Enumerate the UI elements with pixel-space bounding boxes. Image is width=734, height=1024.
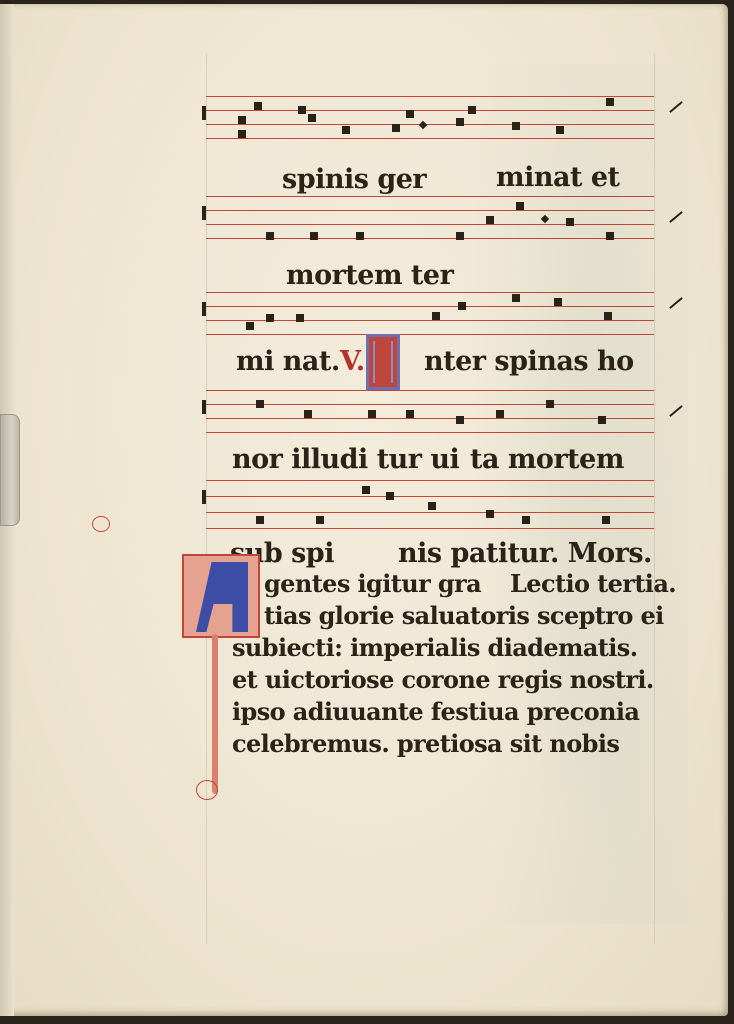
ruling-line-right [654,54,655,944]
illuminated-initial-I [366,334,400,390]
lyric-line-5b: nis patitur. Mors. [398,540,652,567]
lyric-line-2: mortem ter [286,262,453,289]
rubric-lectio: Lectio tertia. [510,572,676,596]
lyric-line-1a: spinis ger [282,166,426,193]
lyric-line-3a: mi nat. [236,348,340,375]
music-staff-2 [206,196,654,238]
lyric-line-1b: minat et [496,164,619,191]
lyric-line-4b: ta mortem [470,446,624,473]
c-clef-icon [202,106,206,120]
c-clef-icon [202,400,206,414]
music-staff-1 [206,96,654,138]
versicle-symbol: V. [340,348,365,375]
music-staff-3 [206,292,654,334]
penwork-flourish [196,780,218,800]
text-line-6: celebremus. pretiosa sit nobis [232,732,619,756]
text-line-1: gentes igitur gra [264,572,481,596]
manuscript-page: spinis ger minat et mortem ter mi nat. V… [0,4,728,1016]
c-clef-icon [202,490,206,504]
lyric-line-3b: nter spinas ho [424,348,634,375]
penwork-flourish [92,516,110,532]
initial-tail-flourish [212,634,218,794]
text-line-5: ipso adiuuante festiua preconia [232,700,639,724]
text-line-2: tias glorie saluatoris sceptro ei [264,604,664,628]
music-staff-4 [206,390,654,432]
music-staff-5 [206,480,654,522]
illuminated-initial-A [182,554,260,638]
text-line-4: et uictoriose corone regis nostri. [232,668,654,692]
text-line-3: subiecti: imperialis diadematis. [232,636,637,660]
c-clef-icon [202,206,206,220]
c-clef-icon [202,302,206,316]
lyric-line-4a: nor illudi tur ui [232,446,459,473]
page-tab[interactable] [0,414,20,526]
